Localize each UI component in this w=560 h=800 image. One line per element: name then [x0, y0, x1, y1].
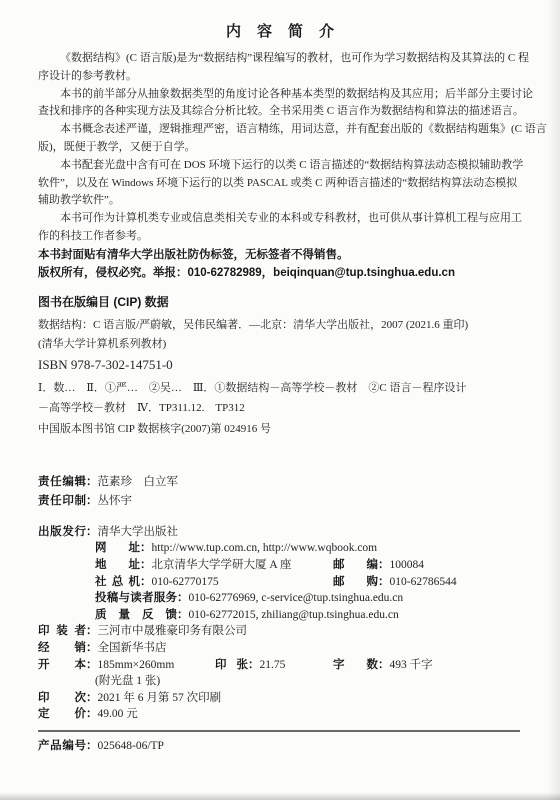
- anti-counterfeit-line: 本书封面贴有清华大学出版社防伪标签，无标签者不得销售。: [38, 246, 522, 265]
- summary-line: 软件”，以及在 Windows 环境下运行的以类 PASCAL 或类 C 两种语…: [38, 175, 522, 193]
- printing-house-row: 印装者：三河市中晟雅豪印务有限公司: [38, 623, 522, 640]
- publisher-label: 出版发行: [38, 524, 86, 541]
- editor-label: 责任编辑: [38, 473, 86, 493]
- switchboard-label: 社总机: [95, 574, 140, 591]
- wordcount-group: 字数：493 千字: [333, 657, 433, 674]
- zip-label: 邮编: [333, 557, 378, 574]
- quality-feedback-value: 010-62772015, zhiliang@tup.tsinghua.edu.…: [189, 609, 399, 621]
- cd-note-row: (附光盘 1 张): [38, 673, 522, 690]
- summary-line: 辅助教学软件”。: [38, 192, 522, 210]
- impression-value: 2021 年 6 月第 57 次印刷: [98, 692, 222, 704]
- colon: ：: [86, 526, 98, 538]
- summary-line: 序设计的参考教材。: [38, 68, 522, 86]
- reader-service-label: 投稿与读者服务: [95, 590, 177, 607]
- sheets-label: 印张: [215, 657, 248, 674]
- photo-edge-right: [547, 0, 560, 800]
- colon: ：: [86, 659, 98, 671]
- address-label: 地址: [95, 557, 140, 574]
- format-value: 185mm×260mm: [98, 659, 175, 671]
- print-supervisor-label: 责任印制: [38, 492, 86, 512]
- cip-series-line: (清华大学计算机系列教材): [38, 335, 522, 355]
- print-supervisor-row: 责任印制：丛怀宇: [38, 492, 522, 512]
- quality-feedback-label: 质量反馈: [95, 607, 177, 624]
- colon: ：: [86, 495, 98, 507]
- sheets-value: 21.75: [260, 659, 286, 671]
- anti-piracy-notice: 本书封面贴有清华大学出版社防伪标签，无标签者不得销售。 版权所有，侵权必究。举报…: [38, 246, 522, 283]
- product-number-row: 产品编号：025648-06/TP: [38, 738, 522, 755]
- colon: ：: [177, 592, 189, 604]
- website-value: http://www.tup.com.cn, http://www.wqbook…: [152, 542, 378, 554]
- printing-house-value: 三河市中晟雅豪印务有限公司: [98, 625, 248, 637]
- zip-group: 邮编：100084: [333, 557, 424, 574]
- colon: ：: [378, 559, 390, 571]
- cip-data-section: 图书在版编目 (CIP) 数据 数据结构：C 语言版/严蔚敏，吴伟民编著．—北京…: [38, 292, 522, 440]
- colon: ：: [378, 576, 390, 588]
- photo-edge-bottom: [0, 793, 560, 800]
- colon: ：: [86, 625, 98, 637]
- cip-heading: 图书在版编目 (CIP) 数据: [38, 292, 522, 312]
- summary-section: 《数据结构》(C 语言版)是为“数据结构”课程编写的教材，也可作为学习数据结构及…: [38, 50, 522, 246]
- address-value: 北京清华大学学研大厦 A 座: [152, 559, 292, 571]
- colon: ：: [177, 609, 189, 621]
- wordcount-value: 493 千字: [390, 659, 433, 671]
- price-value: 49.00 元: [98, 708, 138, 720]
- distribution-label: 经销: [38, 640, 86, 657]
- wordcount-label: 字数: [333, 657, 378, 674]
- publisher-row: 出版发行：清华大学出版社: [38, 524, 522, 541]
- price-label: 定价: [38, 706, 86, 723]
- cip-class-line: －高等学校－教材 Ⅳ．TP311.12. TP312: [38, 399, 522, 419]
- cip-record-number: 中国版本图书馆 CIP 数据核字(2007)第 024916 号: [38, 420, 522, 440]
- cip-bibliography-line: 数据结构：C 语言版/严蔚敏，吴伟民编著．—北京：清华大学出版社，2007 (2…: [38, 316, 522, 336]
- colon: ：: [248, 659, 260, 671]
- switchboard-row: 社总机：010-62770175 邮购：010-62786544: [38, 574, 522, 591]
- impression-label: 印次: [38, 690, 86, 707]
- summary-line: 本书配套光盘中含有可在 DOS 环境下运行的以类 C 语言描述的“数据结构算法动…: [38, 157, 522, 175]
- format-row: 开本：185mm×260mm 印张：21.75 字数：493 千字: [38, 657, 522, 674]
- print-supervisor-value: 丛怀宇: [98, 495, 133, 507]
- copyright-report-line: 版权所有，侵权必究。举报：010-62782989，beiqinquan@tup…: [38, 264, 522, 283]
- cip-class-line: Ⅰ．数… Ⅱ．①严… ②吴… Ⅲ．①数据结构－高等学校－教材 ②C 语言－程序设…: [38, 379, 522, 399]
- summary-line: 本书的前半部分从抽象数据类型的角度讨论各种基本类型的数据结构及其应用；后半部分主…: [38, 86, 522, 104]
- distribution-value: 全国新华书店: [98, 642, 167, 654]
- mailorder-label: 邮购: [333, 574, 378, 591]
- summary-line: 《数据结构》(C 语言版)是为“数据结构”课程编写的教材，也可作为学习数据结构及…: [38, 50, 522, 68]
- sheets-group: 印张：21.75: [215, 657, 285, 674]
- printing-house-label: 印装者: [38, 623, 86, 640]
- isbn-line: ISBN 978-7-302-14751-0: [38, 355, 522, 375]
- summary-line: 作的科技工作者参考。: [38, 228, 522, 246]
- cip-classification: Ⅰ．数… Ⅱ．①严… ②吴… Ⅲ．①数据结构－高等学校－教材 ②C 语言－程序设…: [38, 379, 522, 418]
- product-number-label: 产品编号: [38, 738, 86, 755]
- book-copyright-page: 内容简介 《数据结构》(C 语言版)是为“数据结构”课程编写的教材，也可作为学习…: [0, 0, 560, 800]
- price-row: 定价：49.00 元: [38, 706, 522, 723]
- colon: ：: [86, 708, 98, 720]
- editor-row: 责任编辑：范素珍 白立军: [38, 473, 522, 493]
- editor-value: 范素珍 白立军: [98, 476, 179, 488]
- address-row: 地址：北京清华大学学研大厦 A 座 邮编：100084: [38, 557, 522, 574]
- distribution-row: 经销：全国新华书店: [38, 640, 522, 657]
- colon: ：: [86, 476, 98, 488]
- reader-service-row: 投稿与读者服务：010-62776969, c-service@tup.tsin…: [38, 590, 522, 607]
- format-label: 开本: [38, 657, 86, 674]
- reader-service-value: 010-62776969, c-service@tup.tsinghua.edu…: [189, 592, 404, 604]
- colon: ：: [86, 692, 98, 704]
- colon: ：: [140, 576, 152, 588]
- colon: ：: [140, 559, 152, 571]
- colon: ：: [86, 642, 98, 654]
- summary-line: 查找和排序的各种实现方法及其综合分析比较。全书采用类 C 语言作为数据结构和算法…: [38, 103, 522, 121]
- staff-section: 责任编辑：范素珍 白立军 责任印制：丛怀宇: [38, 473, 522, 512]
- summary-line: 版)，既便于教学，又便于自学。: [38, 139, 522, 157]
- summary-line: 本书概念表述严谨，逻辑推理严密，语言精练，用词达意，并有配套出版的《数据结构题集…: [38, 121, 522, 139]
- zip-value: 100084: [390, 559, 425, 571]
- summary-line: 本书可作为计算机类专业或信息类相关专业的本科或专科教材，也可供从事计算机工程与应…: [38, 210, 522, 228]
- mailorder-value: 010-62786544: [390, 576, 457, 588]
- colon: ：: [140, 542, 152, 554]
- impression-row: 印次：2021 年 6 月第 57 次印刷: [38, 690, 522, 707]
- website-label: 网址: [95, 540, 140, 557]
- colon: ：: [86, 740, 98, 752]
- website-row: 网址：http://www.tup.com.cn, http://www.wqb…: [38, 540, 522, 557]
- product-number-value: 025648-06/TP: [98, 740, 164, 752]
- publication-info-section: 出版发行：清华大学出版社 网址：http://www.tup.com.cn, h…: [38, 524, 522, 723]
- cd-note: (附光盘 1 张): [95, 675, 160, 687]
- publisher-value: 清华大学出版社: [98, 526, 179, 538]
- quality-feedback-row: 质量反馈：010-62772015, zhiliang@tup.tsinghua…: [38, 607, 522, 624]
- mailorder-group: 邮购：010-62786544: [333, 574, 457, 591]
- page-title: 内容简介: [38, 22, 522, 42]
- switchboard-value: 010-62770175: [152, 576, 219, 588]
- divider-rule: [38, 730, 520, 732]
- colon: ：: [378, 659, 390, 671]
